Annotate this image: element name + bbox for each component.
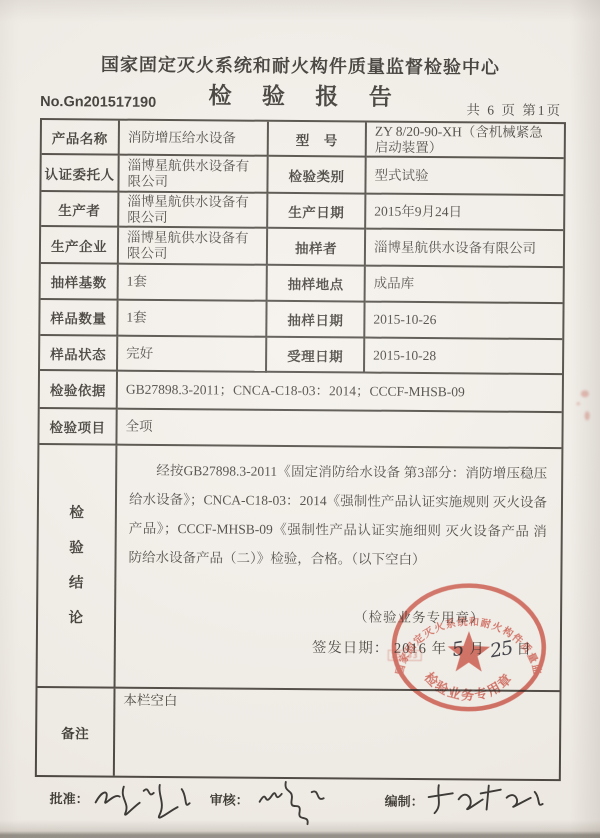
row-label-manufacturer: 生产企业 bbox=[41, 227, 119, 265]
row-label-sample-quantity: 样品数量 bbox=[40, 300, 118, 337]
row-label-product-name: 产品名称 bbox=[42, 120, 120, 156]
inspection-basis-value: GB27898.3-2011；CNCA-C18-03：2014；CCCF-MHS… bbox=[118, 372, 562, 413]
row-label-inspection-items: 检验项目 bbox=[39, 409, 117, 446]
inspection-type-value: 型式试验 bbox=[366, 158, 563, 197]
row-label-model: 型 号 bbox=[269, 122, 367, 158]
row-label-sampler: 抽样者 bbox=[268, 229, 366, 267]
page-info: 共 6 页 第1页 bbox=[466, 98, 562, 119]
sampling-date-value: 2015-10-26 bbox=[365, 303, 562, 341]
ink-speck bbox=[581, 390, 589, 397]
stamp-bottom-text: 检验业务专用章 bbox=[421, 669, 515, 703]
sampler-value: 淄博星航供水设备有限公司 bbox=[366, 230, 563, 269]
manufacturer-value: 淄博星航供水设备有限公司 bbox=[119, 228, 268, 266]
sampling-place-value: 成品库 bbox=[366, 267, 563, 305]
table-row: 样品状态 完好 受理日期 2015-10-28 bbox=[40, 336, 562, 375]
ink-speck bbox=[585, 411, 590, 420]
table-row: 生产者 淄博星航供水设备有限公司 生产日期 2015年9月24日 bbox=[41, 192, 563, 231]
row-label-producer: 生产者 bbox=[41, 192, 119, 228]
table-row: 产品名称 消防增压给水设备 型 号 ZY 8/20-90-XH（含机械紧急启动装… bbox=[42, 120, 564, 159]
product-name-value: 消防增压给水设备 bbox=[120, 121, 269, 157]
model-value: ZY 8/20-90-XH（含机械紧急启动装置） bbox=[367, 123, 564, 160]
row-label-inspection-type: 检验类别 bbox=[268, 157, 366, 195]
table-row: 认证委托人 淄博星航供水设备有限公司 检验类别 型式试验 bbox=[41, 155, 563, 196]
conclusion-label-char: 检 bbox=[69, 496, 84, 531]
sampling-base-value: 1套 bbox=[119, 265, 268, 302]
table-row: 样品数量 1套 抽样日期 2015-10-26 bbox=[40, 300, 562, 340]
row-label-remark: 备注 bbox=[37, 688, 116, 776]
certification-client-value: 淄博星航供水设备有限公司 bbox=[119, 156, 268, 194]
report-sheet: 国家固定灭火系统和耐火构件质量监督检验中心 检 验 报 告 No.Gn20151… bbox=[0, 0, 600, 838]
table-row: 检验项目 全项 bbox=[39, 409, 561, 449]
review-label: 审核： bbox=[210, 789, 249, 808]
inspection-items-value: 全项 bbox=[117, 410, 561, 449]
stamp-code: 15233 bbox=[388, 650, 422, 661]
prepare-label: 编制： bbox=[385, 791, 424, 810]
report-number: No.Gn201517190 bbox=[40, 94, 156, 111]
row-label-inspection-basis: 检验依据 bbox=[40, 371, 118, 410]
row-label-sampling-base: 抽样基数 bbox=[41, 264, 119, 301]
reviewer-signature bbox=[249, 774, 339, 831]
signature-footer: 批准： 审核： 编制： bbox=[0, 778, 595, 833]
row-label-sample-condition: 样品状态 bbox=[40, 336, 118, 372]
official-stamp: 国家固定灭火系统和耐火构件质量监督检验中心 检验业务专用章 bbox=[386, 577, 551, 718]
conclusion-label-char: 验 bbox=[69, 531, 84, 566]
conclusion-label-char: 结 bbox=[69, 566, 84, 601]
table-row: 抽样基数 1套 抽样地点 成品库 bbox=[41, 264, 563, 304]
producer-value: 淄博星航供水设备有限公司 bbox=[119, 193, 268, 229]
row-label-acceptance-date: 受理日期 bbox=[267, 338, 365, 374]
approve-label: 批准： bbox=[50, 788, 89, 807]
production-date-value: 2015年9月24日 bbox=[366, 195, 563, 232]
sample-condition-value: 完好 bbox=[118, 337, 267, 373]
issue-date-label: 签发日期： bbox=[312, 640, 390, 657]
sample-quantity-value: 1套 bbox=[118, 301, 267, 338]
row-label-certification-client: 认证委托人 bbox=[41, 155, 119, 193]
conclusion-text: 经按GB27898.3-2011《固定消防给水设备 第3部分：消防增压稳压给水设… bbox=[128, 456, 547, 575]
approver-signature bbox=[89, 772, 209, 825]
table-row: 生产企业 淄博星航供水设备有限公司 抽样者 淄博星航供水设备有限公司 bbox=[41, 227, 563, 268]
acceptance-date-value: 2015-10-28 bbox=[365, 339, 562, 376]
row-label-sampling-date: 抽样日期 bbox=[267, 302, 365, 339]
svg-text:检验业务专用章: 检验业务专用章 bbox=[421, 669, 515, 703]
preparer-signature bbox=[422, 775, 552, 826]
star-icon bbox=[448, 631, 491, 672]
table-row: 检验依据 GB27898.3-2011；CNCA-C18-03：2014；CCC… bbox=[40, 371, 562, 413]
ink-speck bbox=[577, 402, 580, 405]
conclusion-label-char: 论 bbox=[68, 601, 83, 636]
row-label-production-date: 生产日期 bbox=[268, 194, 366, 230]
row-label-sampling-place: 抽样地点 bbox=[268, 266, 366, 303]
row-label-inspection-conclusion: 检 验 结 论 bbox=[38, 445, 118, 689]
